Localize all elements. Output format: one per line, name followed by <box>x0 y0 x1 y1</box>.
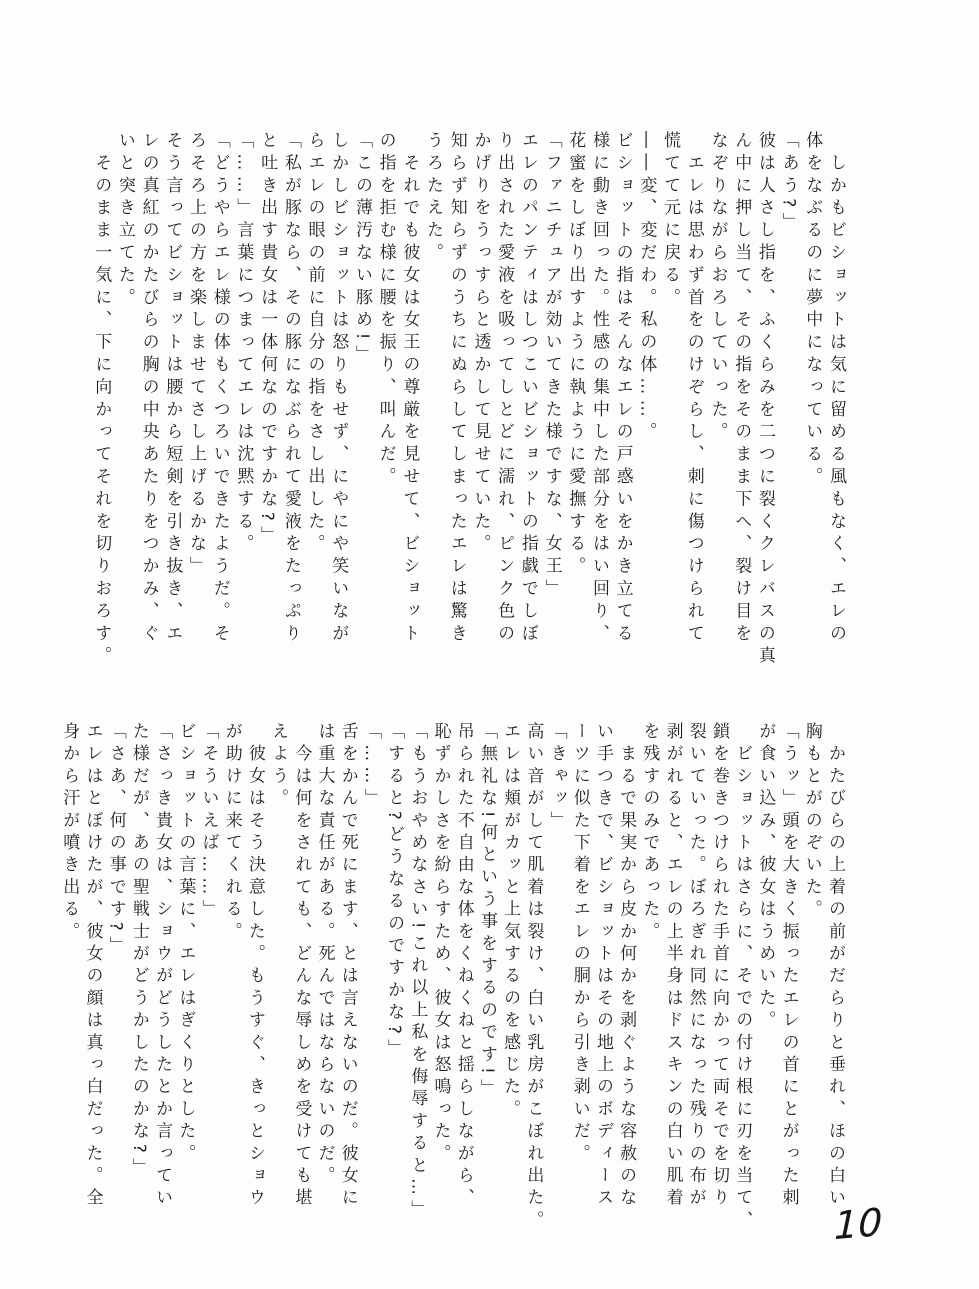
text-column: らエレの眼の前に自分の指をさし出した。 <box>302 131 326 687</box>
scanned-page: しかもビショットは気に留める風もなく、エレの体をなぶるのに夢中になっている。「あ… <box>0 0 979 1289</box>
text-column: そう言ってビショットは腰から短剣を引き抜き、エ <box>160 131 184 687</box>
text-column: 花蜜をしぼり出すように執ように愛撫する。 <box>563 131 587 687</box>
text-column: 彼は人さし指を、ふくらみを二つに裂くクレバスの真 <box>752 131 776 687</box>
text-column: 「私が豚なら、その豚になぶられて愛液をたっぷり <box>278 131 302 687</box>
text-column: と吐き出す貴女は一体何なのですかな?」 <box>254 131 278 687</box>
text-column: ビショットはさらに、そでの付け根に刃を当て、 <box>730 722 753 1266</box>
text-column: の指を拒む様に腰を振り、叫んだ。 <box>373 131 397 687</box>
text-column: を残すのみであった。 <box>637 722 660 1266</box>
text-column: 「そういえば……」 <box>196 722 219 1266</box>
text-column: 知らず知らずのうちにぬらしてしまったエレは驚き <box>444 131 468 687</box>
text-column: 「あう?」 <box>776 131 800 687</box>
text-column: 恥ずかしさを紛らすため、彼女は怒鳴った。 <box>428 722 451 1266</box>
text-column: ーツに似た下着をエレの胴から引き剥いだ。 <box>568 722 591 1266</box>
text-column: えよう。 <box>266 722 289 1266</box>
text-column: 「すると?どうなるのですかな?」 <box>382 722 405 1266</box>
text-column: い手つきで、ビショットはその地上のボディース <box>591 722 614 1266</box>
text-column: そのまま一気に、下に向かってそれを切りおろす。 <box>89 131 113 687</box>
text-column: うろたえた。 <box>420 131 444 687</box>
text-column: かたびらの上着の前がだらりと垂れ、ほの白い <box>823 722 846 1266</box>
text-column: 今は何をされても、どんな辱しめを受けても堪 <box>289 722 312 1266</box>
text-column: ん中に押し当て、その指をそのまま下へ、裂け目を <box>728 131 752 687</box>
text-column: 剥がれると、エレの上半身はドスキンの白い肌着 <box>660 722 683 1266</box>
text-column: 「ファニチュアが効いてきた様ですな、女王」 <box>539 131 563 687</box>
text-column: エレは頬がカッと上気するのを感じた。 <box>498 722 521 1266</box>
text-column: た様だが、あの聖戦士がどうかしたのかな?」 <box>127 722 150 1266</box>
text-column: 裂いていった。ぼろぎれ同然になった残りの布が <box>684 722 707 1266</box>
text-column: 「この薄汚ない豚め!」 <box>349 131 373 687</box>
text-column: 胸もとがのぞいた。 <box>800 722 823 1266</box>
text-column: が助けに来てくれる。 <box>220 722 243 1266</box>
text-column: ろそろ上の方を楽しませてさし上げるかな」 <box>183 131 207 687</box>
text-column: 「きゃッ」 <box>544 722 567 1266</box>
text-column: エレは思わず首をのけぞらし、刺に傷つけられて <box>681 131 705 687</box>
vertical-text-block-bottom: かたびらの上着の前がだらりと垂れ、ほの白い胸もとがのぞいた。「うッ」頭を大きく振… <box>57 722 846 1266</box>
text-column: それでも彼女は女王の尊厳を見せて、ビショット <box>397 131 421 687</box>
text-column: レの真紅のかたびらの胸の中央あたりをつかみ、ぐ <box>136 131 160 687</box>
text-column: 鎖を巻きつけられた手首に向かって両そでを切り <box>707 722 730 1266</box>
text-column: 「無礼な!何という事をするのです!」 <box>475 722 498 1266</box>
text-column: 「うッ」頭を大きく振ったエレの首にとがった刺 <box>776 722 799 1266</box>
text-column: 「さっき貴女は、ショウがどうしたとか言ってい <box>150 722 173 1266</box>
text-column: ビショットの指はそんなエレの戸惑いをかき立てる <box>610 131 634 687</box>
text-column: 「……」言葉につまってエレは沈黙する。 <box>231 131 255 687</box>
text-column: が食い込み、彼女はうめいた。 <box>753 722 776 1266</box>
text-column: かげりをうっすらと透かして見せていた。 <box>468 131 492 687</box>
text-column: ――変、変だわ。私の体……。 <box>634 131 658 687</box>
text-column: 身から汗が噴き出る。 <box>57 722 80 1266</box>
text-column: 体をなぶるのに夢中になっている。 <box>800 131 824 687</box>
text-column: ビショットの言葉に、エレはぎくりとした。 <box>173 722 196 1266</box>
text-column: なぞりながらおろしていった。 <box>705 131 729 687</box>
text-column: エレはとぼけたが、彼女の顔は真っ白だった。全 <box>80 722 103 1266</box>
text-column: 様に動き回った。性感の集中した部分をはい回り、 <box>586 131 610 687</box>
text-column: 「さあ、何の事です?」 <box>104 722 127 1266</box>
text-column: り出された愛液を吸ってしとどに濡れ、ピンク色の <box>491 131 515 687</box>
text-column: まるで果実から皮か何かを剥ぐような容赦のな <box>614 722 637 1266</box>
vertical-text-block-top: しかもビショットは気に留める風もなく、エレの体をなぶるのに夢中になっている。「あ… <box>89 131 848 687</box>
text-column: 「……」 <box>359 722 382 1266</box>
handwritten-page-number: 10 <box>834 1200 883 1248</box>
text-column: 「もうおやめなさい!これ以上私を侮辱すると…」 <box>405 722 428 1266</box>
text-column: 舌をかんで死にます、とは言えないのだ。彼女に <box>336 722 359 1266</box>
text-column: 吊られた不自由な体をくねくねと揺らしながら、 <box>452 722 475 1266</box>
text-column: 彼女はそう決意した。もうすぐ、きっとショウ <box>243 722 266 1266</box>
text-column: いと突き立てた。 <box>112 131 136 687</box>
text-column: しかしビショットは怒りもせず、にやにや笑いなが <box>326 131 350 687</box>
text-column: 高い音がして肌着は裂け、白い乳房がこぼれ出た。 <box>521 722 544 1266</box>
text-column: 慌てて元に戻る。 <box>657 131 681 687</box>
text-column: しかもビショットは気に留める風もなく、エレの <box>823 131 847 687</box>
text-column: 「どうやらエレ様の体もくつろいできたようだ。そ <box>207 131 231 687</box>
text-column: は重大な責任がある。死んではならないのだ。 <box>312 722 335 1266</box>
text-column: エレのパンティはしつこいビショットの指戯でしぼ <box>515 131 539 687</box>
